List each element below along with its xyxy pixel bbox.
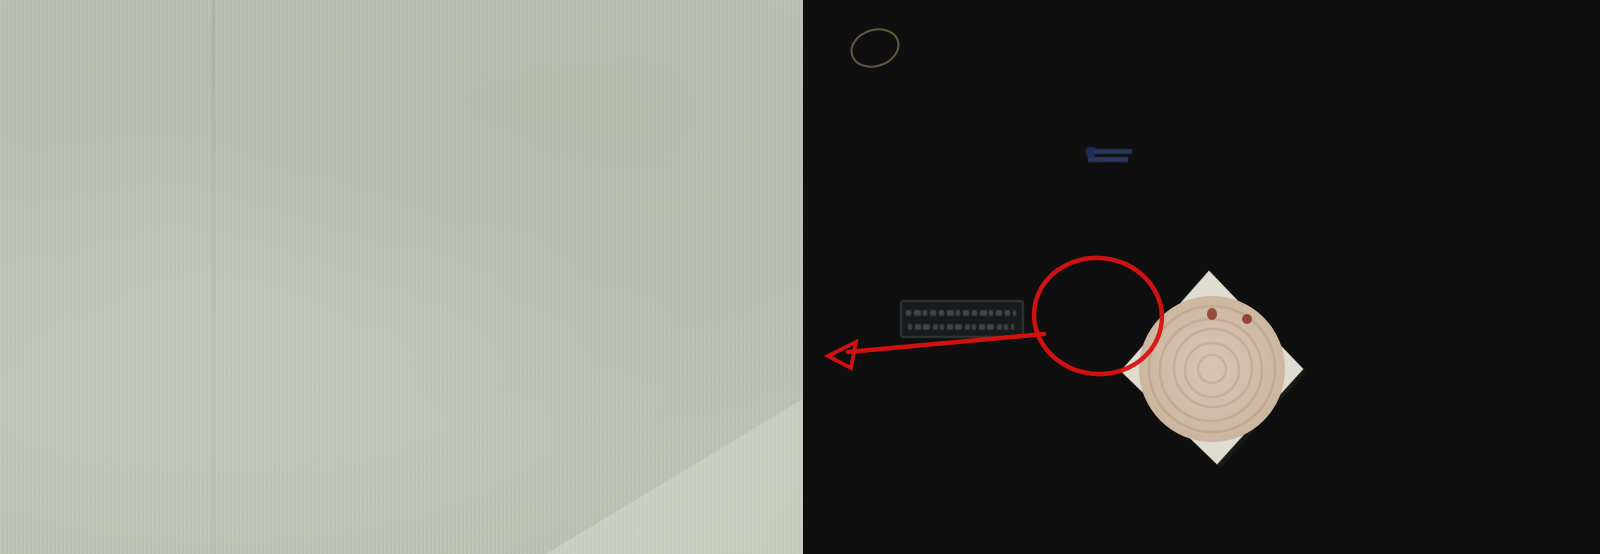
collage-artwork-layer	[0, 0, 1600, 554]
photo-grain	[0, 0, 1600, 554]
photo-collage	[0, 0, 1600, 554]
